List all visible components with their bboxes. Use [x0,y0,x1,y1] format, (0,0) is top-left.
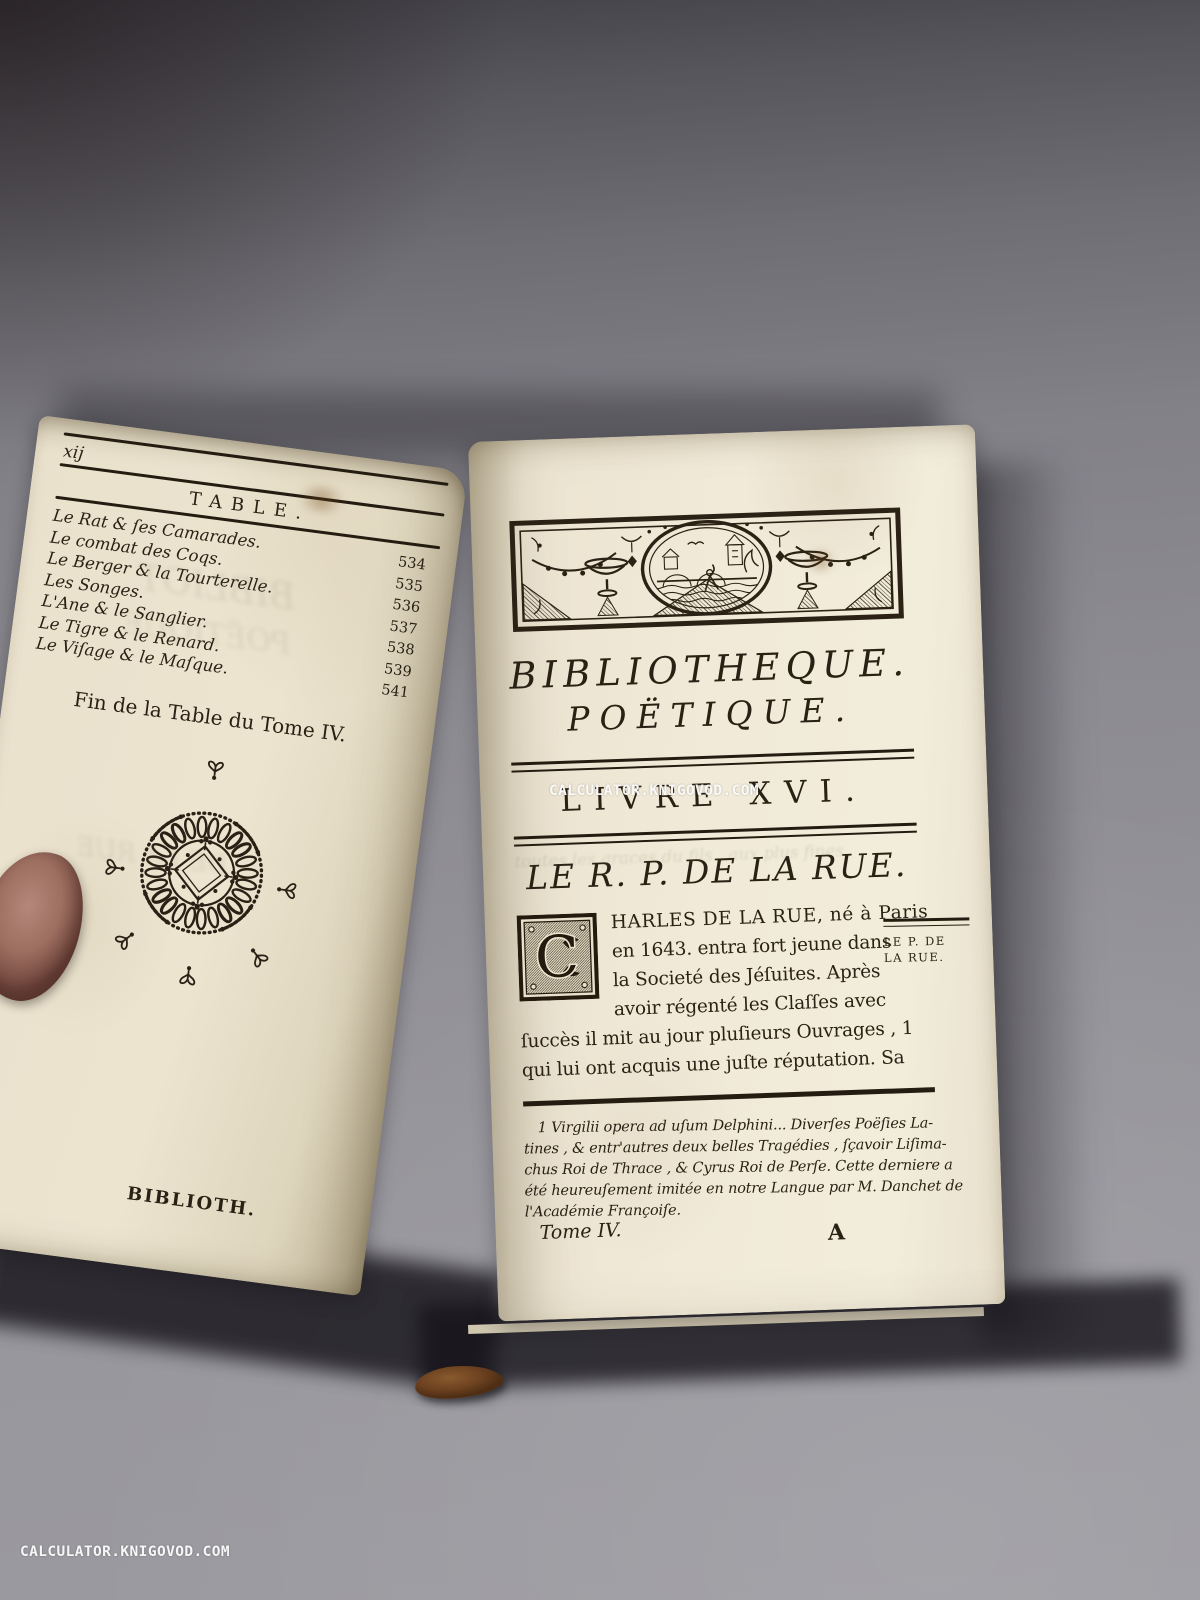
entry-page: 537 [389,618,419,637]
entry-page: 534 [397,554,427,573]
series-title-2: POËTIQUE. [509,688,913,741]
margin-note-line: LE P. DE [884,932,984,950]
footnote: 1 Virgilii opera ad uſum Delphini... Div… [524,1113,955,1223]
entry-page: 539 [383,661,413,680]
entry-page: 535 [394,575,424,594]
headpiece-engraving [508,507,904,633]
footnote-rule [523,1087,935,1106]
watermark-bottom-left: CALCULATOR.KNIGOVOD.COM [20,1544,230,1560]
photo-scene: BIBLIOT POËTIQUE DE LA RUE xij TABLE. Le… [0,0,1200,1600]
catchword: BIBLIOTH. [126,1183,258,1221]
chapter-heading: LE R. P. DE LA RUE. [515,845,919,898]
drop-cap-letter: C [534,923,580,991]
margin-note-line: LA RUE. [884,948,984,966]
drop-cap-woodcut: C [517,913,600,1002]
right-page: toutes les graces du fils , aux plus fin… [468,424,1005,1321]
entry-page: 536 [392,597,422,616]
double-rule [514,823,917,847]
left-page: BIBLIOT POËTIQUE DE LA RUE xij TABLE. Le… [0,415,468,1296]
watermark-center: CALCULATOR.KNIGOVOD.COM [549,783,759,799]
entry-page: 538 [386,639,416,658]
fleuron-ornament [82,740,322,1005]
right-page-content: toutes les graces du fils , aux plus fin… [468,424,1005,1321]
left-page-content: BIBLIOT POËTIQUE DE LA RUE xij TABLE. Le… [0,415,468,1296]
body-paragraph: C HARLES DE LA RUE, né à Paris en 1643. … [516,897,928,1085]
signature-mark: A [827,1219,845,1246]
table-of-contents: Le Rat & ſes Camarades.534 Le combat des… [35,506,439,706]
margin-note-rule [883,917,969,926]
margin-note: LE P. DE LA RUE. [883,917,984,965]
entry-page: 541 [380,682,410,701]
tome-label: Tome IV. [539,1219,622,1244]
double-rule [511,749,914,773]
